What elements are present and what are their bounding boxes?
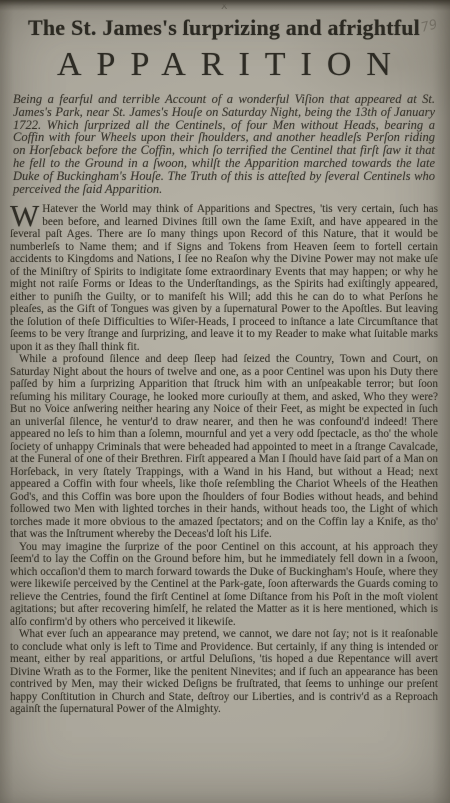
subtitle-summary: Being a fearful and terrible Account of … [13,93,435,195]
paragraph-4: What ever ſuch an appearance may pretend… [10,628,438,716]
paragraph-3: You may imagine the ſurprize of the poor… [10,541,438,629]
broadside-page: x 79 The St. James's ſurprizing and afri… [0,0,450,803]
paragraph-1: WHatever the World may think of Appariti… [10,203,438,353]
page-title-line-1: The St. James's ſurprizing and afrightfu… [10,15,438,41]
handwritten-x-mark: x [221,0,228,12]
body-text: WHatever the World may think of Appariti… [10,203,438,716]
document-content: The St. James's ſurprizing and afrightfu… [0,0,450,716]
drop-cap-initial: W [10,203,42,228]
paragraph-2: While a profound ſilence and deep ſleep … [10,353,438,541]
paragraph-1-text: Hatever the World may think of Apparitio… [10,203,438,353]
page-title-line-2: APPARITION [10,46,438,84]
